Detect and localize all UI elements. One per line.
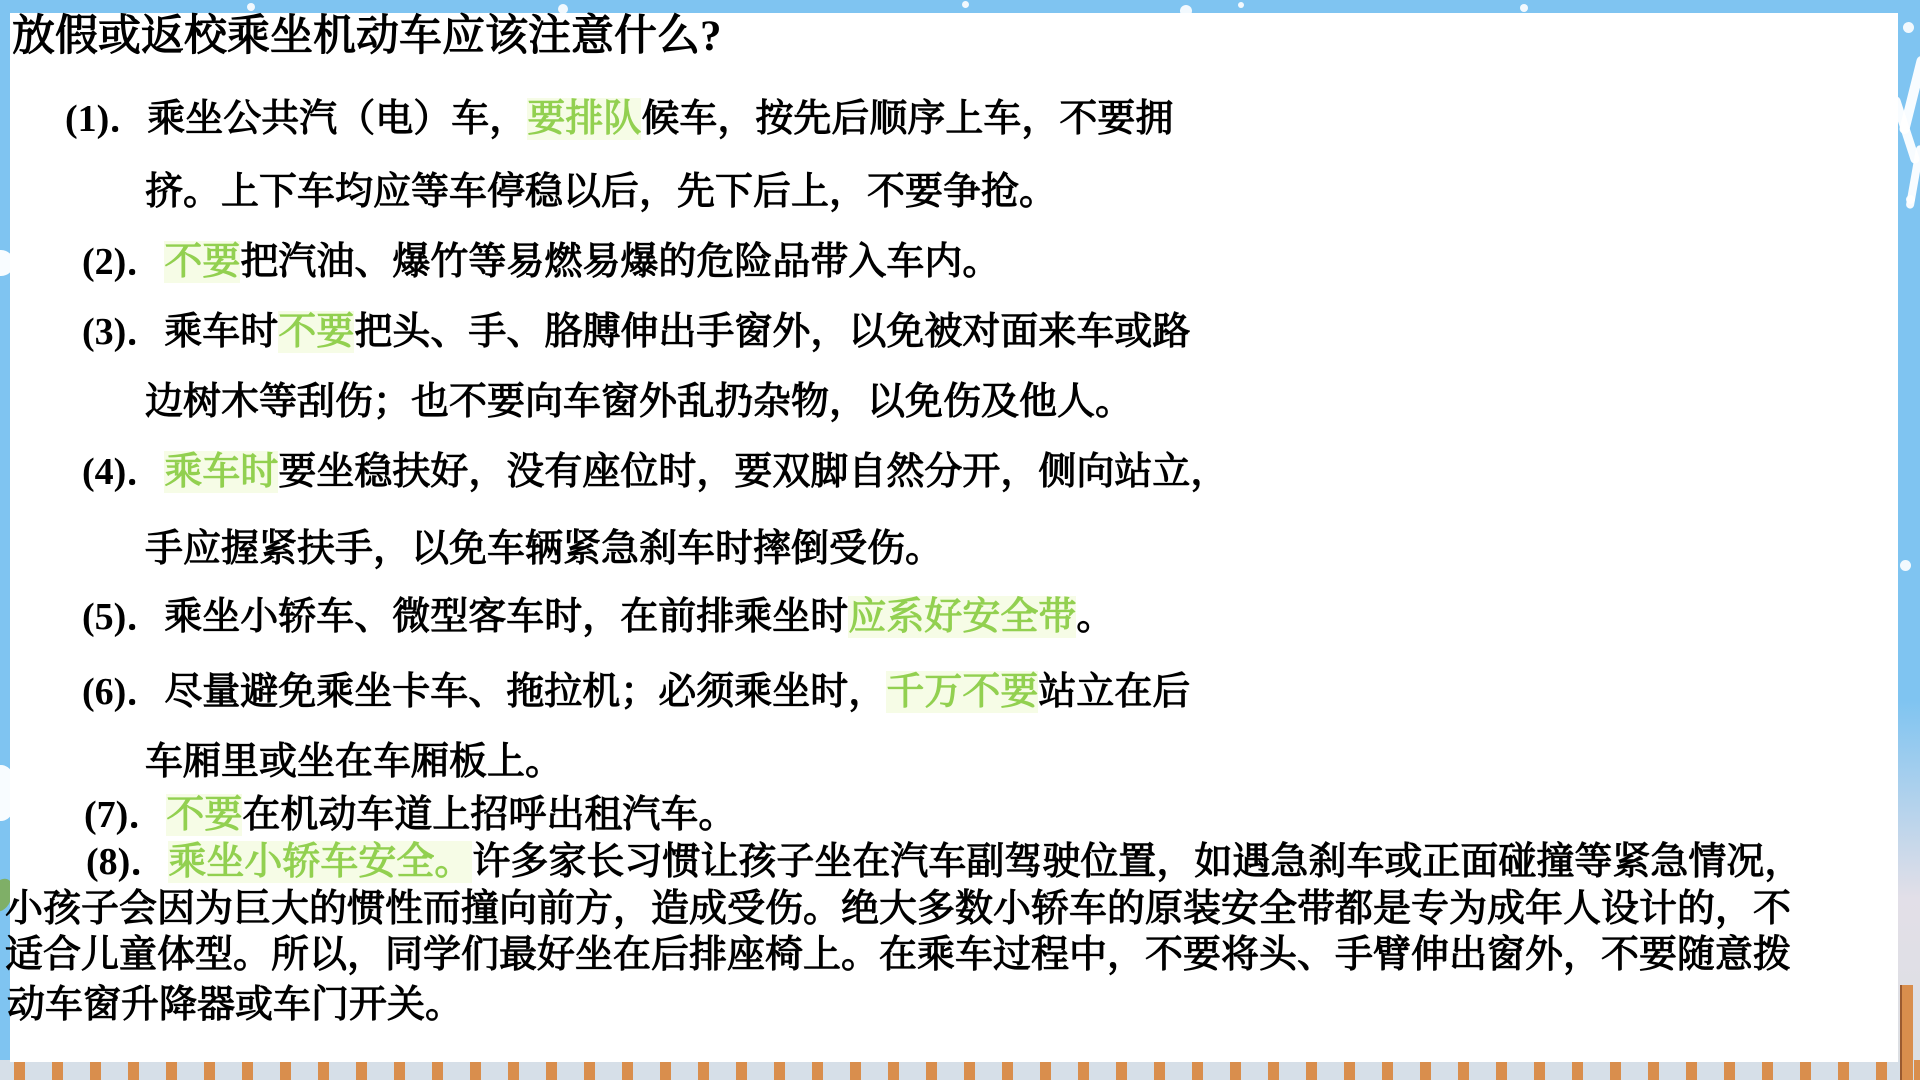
slide-line: (6)．尽量避免乘坐卡车、拖拉机；必须乘坐时，千万不要站立在后 (82, 670, 1190, 714)
body-text: 要坐稳扶好，没有座位时，要双脚自然分开，侧向站立， (278, 451, 1228, 493)
snow-dot (1900, 560, 1911, 571)
body-text: 候车，按先后顺序上车，不要拥 (641, 98, 1173, 140)
slide-line: (4)．乘车时要坐稳扶好，没有座位时，要双脚自然分开，侧向站立， (82, 450, 1228, 494)
content-panel: 放假或返校乘坐机动车应该注意什么? (1)．乘坐公共汽（电）车，要排队候车，按先… (10, 13, 1898, 1062)
snow-dot (1520, 4, 1528, 12)
body-text: 适合儿童体型。所以，同学们最好坐在后排座椅上。在乘车过程中，不要将头、手臂伸出窗… (5, 934, 1791, 976)
body-text: (4)． (82, 451, 164, 493)
highlighted-text: 要排队 (527, 98, 641, 140)
snow-dot (247, 3, 255, 11)
body-text: (2)． (82, 241, 164, 283)
body-text: 在机动车道上招呼出租汽车。 (242, 794, 736, 836)
fence-post (1900, 985, 1913, 1080)
highlighted-text: 不要 (278, 311, 354, 353)
slide-line: 适合儿童体型。所以，同学们最好坐在后排座椅上。在乘车过程中，不要将头、手臂伸出窗… (5, 933, 1791, 977)
body-text: (5)．乘坐小轿车、微型客车时，在前排乘坐时 (82, 596, 848, 638)
slide-line: (8)．乘坐小轿车安全。许多家长习惯让孩子坐在汽车副驾驶位置，如遇急刹车或正面碰… (86, 840, 1802, 884)
highlighted-text: 应系好安全带 (848, 596, 1076, 638)
body-text: 车厢里或坐在车厢板上。 (145, 741, 563, 783)
highlighted-text: 乘坐小轿车安全。 (168, 841, 472, 883)
slide-line: (3)．乘车时不要把头、手、胳膊伸出手窗外，以免被对面来车或路 (82, 310, 1190, 354)
body-text: 站立在后 (1038, 671, 1190, 713)
slide-line: 手应握紧扶手，以免车辆紧急刹车时摔倒受伤。 (145, 527, 943, 571)
slide-line: 小孩子会因为巨大的惯性而撞向前方，造成受伤。绝大多数小轿车的原装安全带都是专为成… (5, 887, 1791, 931)
body-text: 小孩子会因为巨大的惯性而撞向前方，造成受伤。绝大多数小轿车的原装安全带都是专为成… (5, 888, 1791, 930)
slide-line: (1)．乘坐公共汽（电）车，要排队候车，按先后顺序上车，不要拥 (65, 97, 1173, 141)
snow-dot (1903, 22, 1914, 33)
slide-title: 放假或返校乘坐机动车应该注意什么? (12, 11, 722, 63)
slide-line: (2)．不要把汽油、爆竹等易燃易爆的危险品带入车内。 (82, 240, 1000, 284)
highlighted-text: 乘车时 (164, 451, 278, 493)
highlighted-text: 不要 (164, 241, 240, 283)
slide-line: 动车窗升降器或车门开关。 (7, 983, 463, 1027)
fence-decoration (0, 1060, 1920, 1080)
body-text: (7)． (84, 794, 166, 836)
body-text: 。 (1076, 596, 1114, 638)
body-text: 把头、手、胳膊伸出手窗外，以免被对面来车或路 (354, 311, 1190, 353)
snow-dot (1238, 2, 1244, 8)
body-text: 手应握紧扶手，以免车辆紧急刹车时摔倒受伤。 (145, 528, 943, 570)
body-text: (6)．尽量避免乘坐卡车、拖拉机；必须乘坐时， (82, 671, 886, 713)
snow-dot (962, 1, 969, 8)
body-text: (8)． (86, 841, 168, 883)
body-text: (3)．乘车时 (82, 311, 278, 353)
slide-line: (5)．乘坐小轿车、微型客车时，在前排乘坐时应系好安全带。 (82, 595, 1114, 639)
slide-line: 车厢里或坐在车厢板上。 (145, 740, 563, 784)
slide-line: 挤。上下车均应等车停稳以后，先下后上，不要争抢。 (145, 170, 1057, 214)
body-text: 许多家长习惯让孩子坐在汽车副驾驶位置，如遇急刹车或正面碰撞等紧急情况， (472, 841, 1802, 883)
highlighted-text: 千万不要 (886, 671, 1038, 713)
highlighted-text: 不要 (166, 794, 242, 836)
body-text: 把汽油、爆竹等易燃易爆的危险品带入车内。 (240, 241, 1000, 283)
slide-line: (7)．不要在机动车道上招呼出租汽车。 (84, 793, 736, 837)
body-text: 边树木等刮伤；也不要向车窗外乱扔杂物，以免伤及他人。 (145, 381, 1133, 423)
body-text: (1)．乘坐公共汽（电）车， (65, 98, 527, 140)
body-text: 挤。上下车均应等车停稳以后，先下后上，不要争抢。 (145, 171, 1057, 213)
slide-line: 边树木等刮伤；也不要向车窗外乱扔杂物，以免伤及他人。 (145, 380, 1133, 424)
body-text: 动车窗升降器或车门开关。 (7, 984, 463, 1026)
